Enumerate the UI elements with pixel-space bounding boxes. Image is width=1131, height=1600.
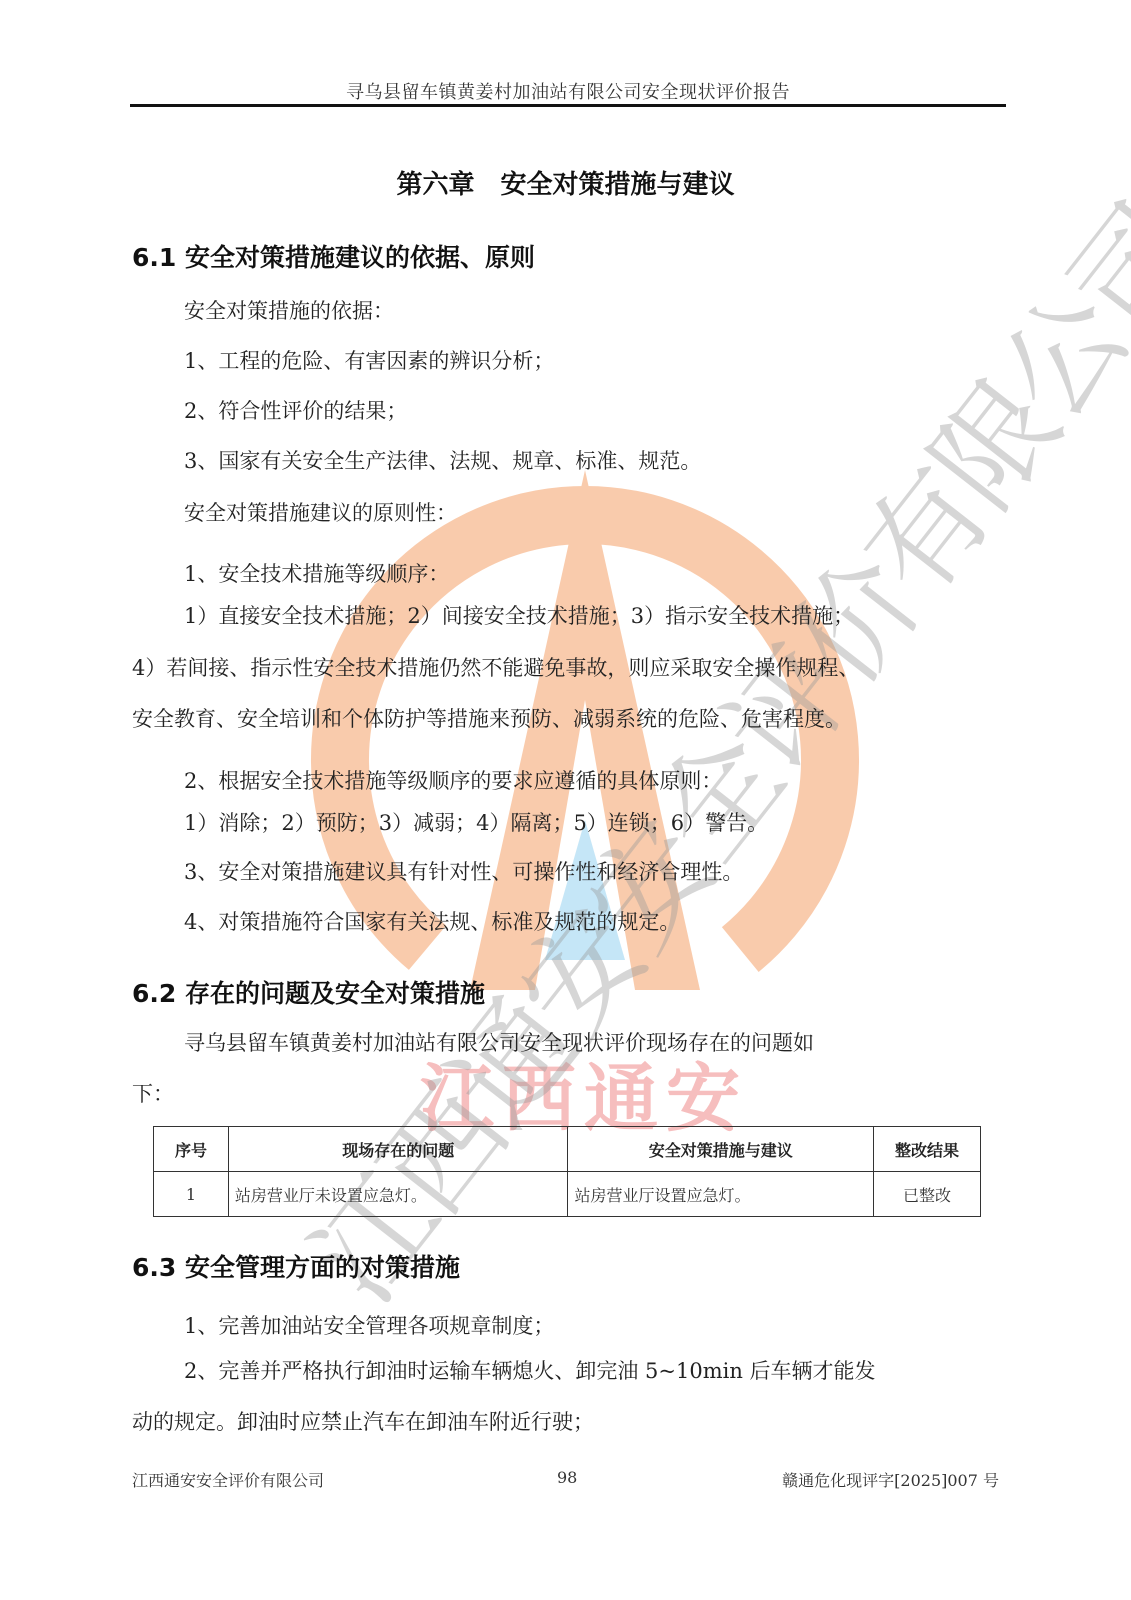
principle-3: 3、安全对策措施建议具有针对性、可操作性和经济合理性。 (184, 856, 1056, 886)
principle-1-line: 安全教育、安全培训和个体防护等措施来预防、减弱系统的危险、危害程度。 (132, 703, 1004, 733)
chapter-title: 第六章 安全对策措施与建议 (0, 164, 1131, 201)
management-item: 1、完善加油站安全管理各项规章制度； (184, 1310, 1056, 1340)
issues-intro: 寻乌县留车镇黄姜村加油站有限公司安全现状评价现场存在的问题如 (184, 1027, 1056, 1057)
column-header-issue: 现场存在的问题 (228, 1127, 568, 1172)
basis-item: 1、工程的危险、有害因素的辨识分析； (184, 345, 1056, 375)
table-header-row: 序号 现场存在的问题 安全对策措施与建议 整改结果 (154, 1127, 981, 1172)
principle-intro: 安全对策措施建议的原则性： (184, 497, 1056, 527)
footer-doc-number: 赣通危化现评字[2025]007 号 (782, 1468, 999, 1491)
cell-result: 已整改 (874, 1172, 981, 1217)
issues-table: 序号 现场存在的问题 安全对策措施与建议 整改结果 1 站房营业厅未设置应急灯。… (153, 1126, 981, 1217)
issues-intro: 下： (132, 1078, 1004, 1108)
cell-issue: 站房营业厅未设置应急灯。 (228, 1172, 568, 1217)
document-page: 江西通安 江西通安安全评价有限公司 寻乌县留车镇黄姜村加油站有限公司安全现状评价… (0, 0, 1131, 1600)
principle-4: 4、对策措施符合国家有关法规、标准及规范的规定。 (184, 906, 1056, 936)
principle-1-line: 4）若间接、指示性安全技术措施仍然不能避免事故，则应采取安全操作规程、 (132, 652, 1004, 682)
column-header-measure: 安全对策措施与建议 (568, 1127, 874, 1172)
basis-intro: 安全对策措施的依据： (184, 295, 1056, 325)
principle-2-title: 2、根据安全技术措施等级顺序的要求应遵循的具体原则： (184, 765, 1056, 795)
page-number: 98 (557, 1468, 577, 1487)
principle-2-line: 1）消除；2）预防；3）减弱；4）隔离；5）连锁；6）警告。 (184, 807, 1056, 837)
footer-company: 江西通安安全评价有限公司 (132, 1468, 324, 1491)
cell-index: 1 (154, 1172, 229, 1217)
basis-item: 2、符合性评价的结果； (184, 395, 1056, 425)
cell-measure: 站房营业厅设置应急灯。 (568, 1172, 874, 1217)
running-header: 寻乌县留车镇黄姜村加油站有限公司安全现状评价报告 (130, 78, 1006, 104)
principle-1-title: 1、安全技术措施等级顺序： (184, 558, 1056, 588)
header-divider (130, 104, 1006, 107)
column-header-index: 序号 (154, 1127, 229, 1172)
management-item: 2、完善并严格执行卸油时运输车辆熄火、卸完油 5~10min 后车辆才能发 (184, 1355, 1056, 1385)
table-row: 1 站房营业厅未设置应急灯。 站房营业厅设置应急灯。 已整改 (154, 1172, 981, 1217)
principle-1-line: 1）直接安全技术措施；2）间接安全技术措施；3）指示安全技术措施； (184, 600, 1056, 630)
section-heading-6-3: 6.3 安全管理方面的对策措施 (132, 1248, 460, 1284)
management-item: 动的规定。卸油时应禁止汽车在卸油车附近行驶； (132, 1406, 1004, 1436)
section-heading-6-1: 6.1 安全对策措施建议的依据、原则 (132, 238, 535, 274)
column-header-result: 整改结果 (874, 1127, 981, 1172)
basis-item: 3、国家有关安全生产法律、法规、规章、标准、规范。 (184, 445, 1056, 475)
section-heading-6-2: 6.2 存在的问题及安全对策措施 (132, 974, 485, 1010)
